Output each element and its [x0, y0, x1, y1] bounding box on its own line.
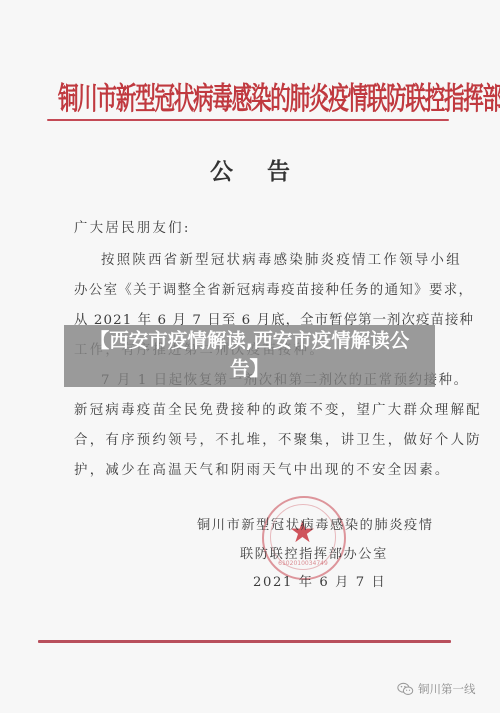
footer-red-rule [38, 640, 451, 643]
body-line: 新冠病毒疫苗全民免费接种的政策不变，望广大群众理解配 [74, 399, 482, 418]
wechat-icon [397, 682, 414, 696]
notice-title: 公告 [0, 153, 500, 186]
official-seal: ★ 6102010034749 [262, 496, 346, 580]
header-red-rule [47, 119, 449, 121]
watermark-label: 铜川第一线 [418, 681, 476, 697]
overlay-title-line1: 【西安市疫情解读,西安市疫情解读公 [64, 327, 435, 355]
body-line: 按照陕西省新型冠状病毒感染肺炎疫情工作领导小组 [101, 249, 462, 268]
issuer-header-title: 铜川市新型冠状病毒感染的肺炎疫情联防联控指挥部办公室 [58, 73, 450, 118]
signature-date: 2021 年 6 月 7 日 [253, 571, 386, 590]
body-line: 合，有序预约领号，不扎堆，不聚集，讲卫生，做好个人防 [74, 429, 482, 448]
overlay-title-line2: 告】 [64, 355, 435, 383]
body-line: 护，减少在高温天气和阴雨天气中出现的不安全因素。 [74, 459, 451, 478]
salutation: 广大居民朋友们: [74, 217, 191, 236]
signature-org-line2: 联防联控指挥部办公室 [240, 543, 388, 562]
overlay-title: 【西安市疫情解读,西安市疫情解读公 告】 [64, 327, 435, 383]
signature-org-line1: 铜川市新型冠状病毒感染的肺炎疫情 [197, 514, 434, 533]
source-watermark: 铜川第一线 [397, 681, 476, 697]
body-line: 办公室《关于调整全省新冠病毒疫苗接种任务的通知》要求， [74, 279, 473, 298]
document-page: 铜川市新型冠状病毒感染的肺炎疫情联防联控指挥部办公室 公告 广大居民朋友们: 按… [0, 0, 500, 713]
